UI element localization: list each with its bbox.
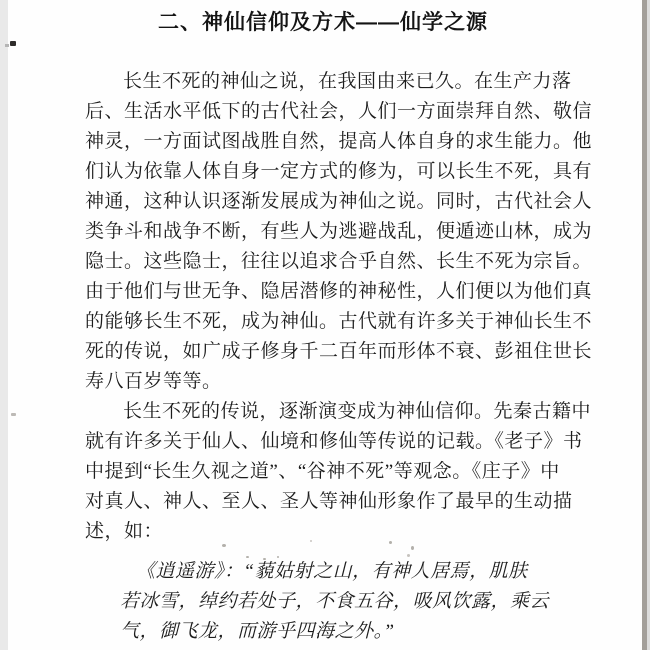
document-page: 二、神仙信仰及方术——仙学之源 长生不死的神仙之说，在我国由来已久。在生产力落 … — [0, 0, 650, 650]
paragraph1-line: 的能够长生不死，成为神仙。古代就有许多关于神仙长生不 — [85, 307, 590, 337]
quote-line: 《逍遥游》：“藐姑射之山，有神人居焉，肌肤 — [120, 557, 590, 587]
paragraph1-line: 类争斗和战争不断，有些人为逃避战乱，便遁迹山林，成为 — [85, 217, 590, 247]
quote-line: 若冰雪，绰约若处子，不食五谷，吸风饮露，乘云 — [120, 587, 590, 617]
paragraph1-line: 长生不死的神仙之说，在我国由来已久。在生产力落 — [85, 67, 590, 97]
paragraph1-line: 神通，这种认识逐渐发展成为神仙之说。同时，古代社会人 — [85, 187, 590, 217]
paragraph2-line: 长生不死的传说，逐渐演变成为神仙信仰。先秦古籍中 — [85, 397, 590, 427]
paragraph1-line: 由于他们与世无争、隐居潜修的神秘性，人们便以为他们真 — [85, 277, 590, 307]
margin-smudge — [11, 413, 16, 416]
quotation-block: 《逍遥游》：“藐姑射之山，有神人居焉，肌肤 若冰雪，绰约若处子，不食五谷，吸风饮… — [120, 557, 590, 647]
paragraph2-line: 中提到“长生久视之道”、“谷神不死”等观念。《庄子》中 — [85, 457, 590, 487]
paragraph1-line: 神灵，一方面试图战胜自然，提高人体自身的求生能力。他 — [85, 127, 590, 157]
page-title: 二、神仙信仰及方术——仙学之源 — [10, 6, 636, 36]
ink-spot — [10, 41, 16, 46]
paragraph1-line: 隐士。这些隐士，往往以追求合乎自然、长生不死为宗旨。 — [85, 247, 590, 277]
body-text: 长生不死的神仙之说，在我国由来已久。在生产力落 后、生活水平低下的古代社会，人们… — [85, 67, 590, 547]
paragraph1-line: 寿八百岁等等。 — [85, 367, 590, 397]
paragraph2-line: 对真人、神人、至人、圣人等神仙形象作了最早的生动描 — [85, 487, 590, 517]
paragraph1-line: 们认为依靠人体自身一定方式的修为，可以长生不死，具有 — [85, 157, 590, 187]
paragraph1-line: 死的传说，如广成子修身千二百年而形体不衰、彭祖住世长 — [85, 337, 590, 367]
paragraph1-line: 后、生活水平低下的古代社会，人们一方面崇拜自然、敬信 — [85, 97, 590, 127]
paragraph2-line: 就有许多关于仙人、仙境和修仙等传说的记载。《老子》书 — [85, 427, 590, 457]
quote-line: 气，御飞龙，而游乎四海之外。” — [120, 617, 590, 647]
left-scan-edge — [0, 0, 8, 650]
paragraph2-line: 述，如： — [85, 517, 590, 547]
